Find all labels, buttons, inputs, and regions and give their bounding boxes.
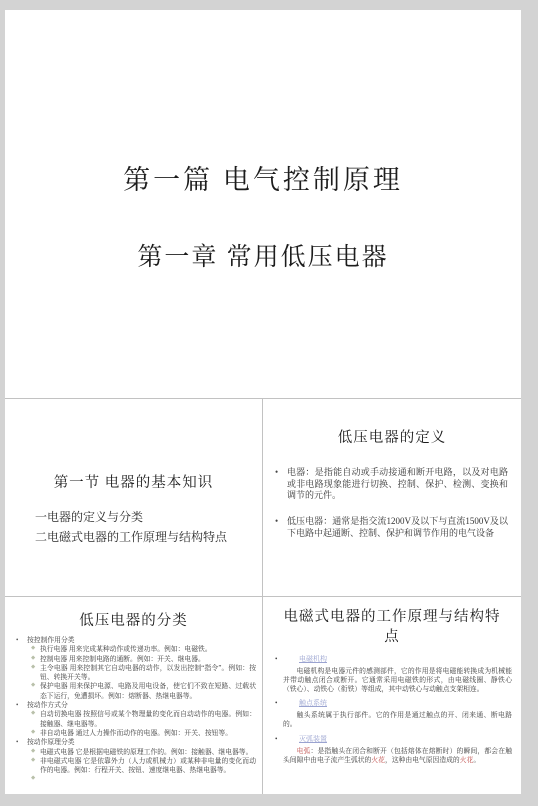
basics-line: 二电磁式电器的工作原理与结构特点 (35, 528, 262, 548)
group-label: 按控制作用分类 (27, 637, 75, 644)
slide-cover: 第一篇 电气控制原理 第一章 常用低压电器 (5, 10, 521, 398)
section-paragraph: 电磁机构是电器元件的感测部件，它的作用是将电磁能转换成为机械能并带动触点闭合或断… (283, 667, 512, 695)
basics-line: 一电器的定义与分类 (35, 508, 262, 528)
preview-canvas: 第一篇 电气控制原理 第一章 常用低压电器 第一节 电器的基本知识 一电器的定义… (0, 0, 538, 806)
section-paragraph: 触头系统属于执行部件。它的作用是通过触点的开、闭来通、断电路的。 (283, 711, 512, 729)
sub-bullet-icon: ◆ (31, 645, 35, 653)
list-item: • 电器：是指能自动或手动接通和断开电路，以及对电路或非电路现象能进行切换、控制… (263, 467, 521, 502)
principle-body: • 电磁机构 电磁机构是电器元件的感测部件，它的作用是将电磁能转换成为机械能并带… (263, 655, 521, 765)
cover-subtitle: 第一章 常用低压电器 (5, 237, 521, 273)
sub-bullet-icon: ◆ (31, 729, 35, 737)
bullet-icon: • (275, 699, 277, 708)
link-arc-extinguishing[interactable]: 灭弧装置 (299, 735, 327, 743)
principle-section: • 灭弧装置 电弧：是指触头在闭合和断开（包括熔体在熔断时）的瞬间，都会在触头间… (263, 735, 521, 765)
bullet-icon: • (16, 738, 18, 747)
list-item: ◆ 执行电器 用来完成某种动作或传递功率。例如：电磁铁。 (5, 645, 262, 654)
slide-row-middle: 第一节 电器的基本知识 一电器的定义与分类 二电磁式电器的工作原理与结构特点 低… (5, 399, 521, 596)
list-item: • 灭弧装置 (263, 735, 521, 744)
basics-title: 第一节 电器的基本知识 (5, 471, 262, 492)
bullet-icon: • (275, 655, 277, 664)
list-item: ◆ 非电磁式电器 它是依靠外力（人力或机械力）或某种非电量的变化而动作的电器。例… (5, 757, 262, 776)
sub-bullet-icon: ◆ (31, 748, 35, 756)
sub-bullet-icon: ◆ (31, 775, 35, 783)
slide-row-bottom: 低压电器的分类 • 按控制作用分类 ◆ 执行电器 用来完成某种动作或传递功率。例… (5, 597, 521, 794)
link-electromagnetic-mechanism[interactable]: 电磁机构 (299, 655, 327, 663)
arc-spark: 火花 (460, 757, 474, 764)
list-item: ◆ 电磁式电器 它是根据电磁铁的原理工作的。例如：接触器、继电器等。 (5, 748, 262, 757)
bullet-icon: • (275, 467, 278, 479)
list-item: ◆ 自动切换电器 按照信号或某个物理量的变化而自动动作的电器。例如：接触器、继电… (5, 710, 262, 729)
bullet-icon: • (16, 636, 18, 645)
principle-section: • 触点系统 触头系统属于执行部件。它的作用是通过触点的开、闭来通、断电路的。 (263, 699, 521, 729)
cover-title: 第一篇 电气控制原理 (5, 158, 521, 197)
list-item: • 按动作方式分 (5, 701, 262, 710)
sub-item-text: 非电磁式电器 它是依靠外力（人力或机械力）或某种非电量的变化而动作的电器。例如：… (40, 758, 256, 774)
list-item: ◆ 控制电器 用来控制电路的通断。例如：开关、继电器。 (5, 655, 262, 664)
sub-bullet-icon: ◆ (31, 710, 35, 718)
sub-bullet-icon: ◆ (31, 757, 35, 765)
definition-bullet-text: 电器：是指能自动或手动接通和断开电路，以及对电路或非电路现象能进行切换、控制、保… (287, 467, 508, 500)
slide-principle: 电磁式电器的工作原理与结构特点 • 电磁机构 电磁机构是电器元件的感测部件，它的… (263, 597, 521, 794)
arc-spark: 火花 (371, 757, 385, 764)
bullet-icon: • (16, 701, 18, 710)
list-item: ◆ 非自动电器 通过人力操作而动作的电器。例如：开关、按钮等。 (5, 729, 262, 738)
document-page: 第一篇 电气控制原理 第一章 常用低压电器 第一节 电器的基本知识 一电器的定义… (5, 10, 521, 794)
arc-term: 电弧 (297, 748, 311, 755)
bullet-icon: • (275, 735, 277, 744)
sub-item-text: 控制电器 用来控制电路的通断。例如：开关、继电器。 (40, 656, 205, 663)
sub-bullet-icon: ◆ (31, 655, 35, 663)
bullet-icon: • (275, 516, 278, 528)
list-item: • 按动作原理分类 (5, 738, 262, 747)
classification-list: • 按控制作用分类 ◆ 执行电器 用来完成某种动作或传递功率。例如：电磁铁。 ◆… (5, 636, 262, 775)
sub-item-text: 非自动电器 通过人力操作而动作的电器。例如：开关、按钮等。 (40, 730, 232, 737)
sub-bullet-icon: ◆ (31, 664, 35, 672)
sub-bullet-icon: ◆ (31, 682, 35, 690)
list-item: ◆ 主令电器 用来控制其它自动电器的动作，以发出控制“指令”。例如：按钮、转换开… (5, 664, 262, 683)
sub-item-text: 电磁式电器 它是根据电磁铁的原理工作的。例如：接触器、继电器等。 (40, 749, 252, 756)
link-contact-system[interactable]: 触点系统 (299, 699, 327, 707)
principle-title: 电磁式电器的工作原理与结构特点 (263, 607, 521, 648)
list-item: • 低压电器：通常是指交流1200V及以下与直流1500V及以下电路中起通断、控… (263, 516, 521, 539)
slide-classification: 低压电器的分类 • 按控制作用分类 ◆ 执行电器 用来完成某种动作或传递功率。例… (5, 597, 262, 794)
list-item: • 按控制作用分类 (5, 636, 262, 645)
basics-outline: 一电器的定义与分类 二电磁式电器的工作原理与结构特点 (35, 508, 262, 548)
sub-item-text: 保护电器 用来保护电源、电路及用电设备，使它们不致在短路、过载状态下运行，免遭损… (40, 683, 256, 699)
principle-section: • 电磁机构 电磁机构是电器元件的感测部件，它的作用是将电磁能转换成为机械能并带… (263, 655, 521, 695)
sub-item-text: 执行电器 用来完成某种动作或传递功率。例如：电磁铁。 (40, 646, 212, 653)
slide-definition: 低压电器的定义 • 电器：是指能自动或手动接通和断开电路，以及对电路或非电路现象… (263, 399, 521, 596)
sub-item-text: 自动切换电器 按照信号或某个物理量的变化而自动动作的电器。例如：接触器、继电器等… (40, 711, 256, 727)
classification-title: 低压电器的分类 (5, 609, 262, 630)
section-paragraph: 电弧：是指触头在闭合和断开（包括熔体在熔断时）的瞬间，都会在触头间隙中由电子流产… (283, 747, 512, 765)
list-item: • 电磁机构 (263, 655, 521, 664)
definition-list: • 电器：是指能自动或手动接通和断开电路，以及对电路或非电路现象能进行切换、控制… (263, 467, 521, 539)
group-label: 按动作原理分类 (27, 739, 75, 746)
group-label: 按动作方式分 (27, 702, 68, 709)
slide-basics: 第一节 电器的基本知识 一电器的定义与分类 二电磁式电器的工作原理与结构特点 (5, 399, 262, 596)
definition-title: 低压电器的定义 (263, 426, 521, 447)
definition-bullet-text: 低压电器：通常是指交流1200V及以下与直流1500V及以下电路中起通断、控制、… (287, 516, 508, 538)
sub-item-text: 主令电器 用来控制其它自动电器的动作，以发出控制“指令”。例如：按钮、转换开关等… (40, 665, 256, 681)
arc-text: ，这种由电气原因造成的 (385, 757, 460, 764)
arc-text: 。 (473, 757, 480, 764)
list-item: • 触点系统 (263, 699, 521, 708)
list-item: ◆ 保护电器 用来保护电源、电路及用电设备，使它们不致在短路、过载状态下运行，免… (5, 682, 262, 701)
